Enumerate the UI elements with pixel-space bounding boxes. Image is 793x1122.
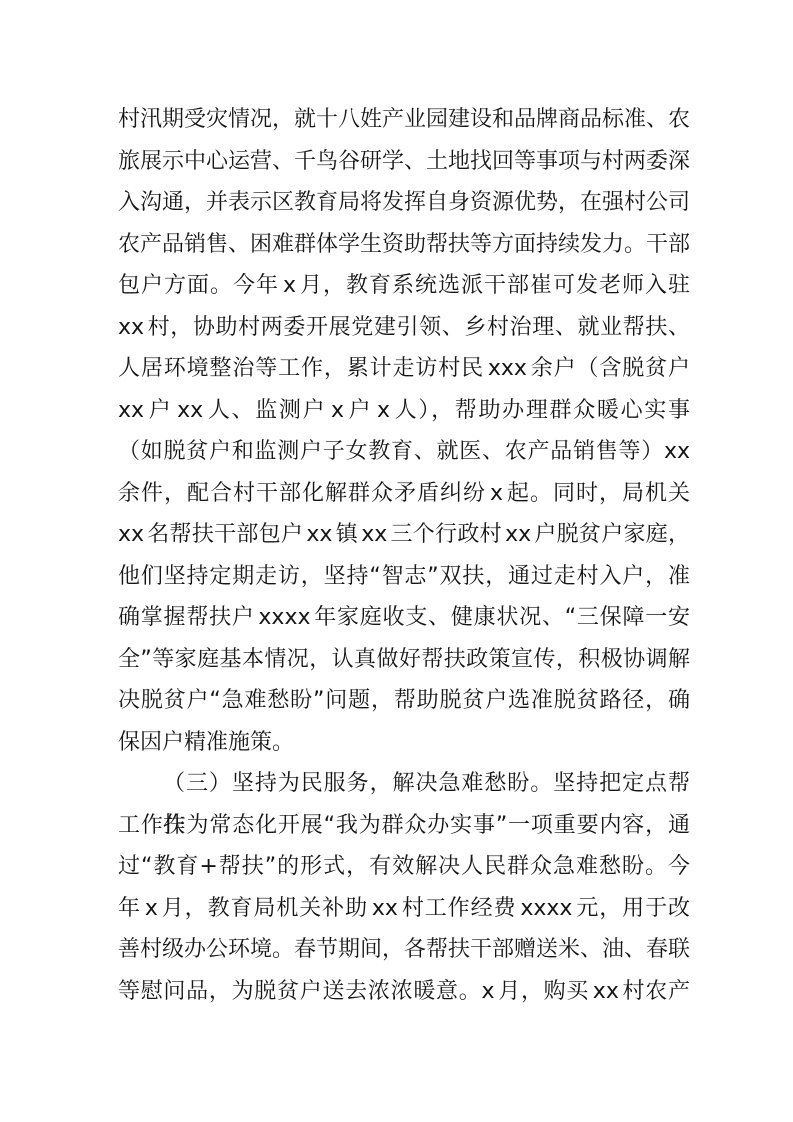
text-line: 确掌握帮扶户 xxxx 年家庭收支、健康状况、“三保障一安: [118, 597, 690, 639]
text-line: 过“教育+帮扶”的形式，有效解决人民群众急难愁盼。今: [118, 846, 690, 888]
text-line: 包户方面。今年 x 月，教育系统选派干部崔可发老师入驻: [118, 265, 690, 307]
document-page: 村汛期受灾情况，就十八姓产业园建设和品牌商品标准、农旅展示中心运营、千鸟谷研学、…: [0, 0, 793, 1122]
text-line: xx 户 xx 人、监测户 x 户 x 人），帮助办理群众暖心实事: [118, 390, 690, 432]
text-line: 年 x 月，教育局机关补助 xx 村工作经费 xxxx 元，用于改: [118, 888, 690, 930]
text-line: xx 名帮扶干部包户 xx 镇 xx 三个行政村 xx 户脱贫户家庭，: [118, 514, 690, 556]
text-line: 全”等家庭基本情况，认真做好帮扶政策宣传，积极协调解: [118, 639, 690, 681]
text-line: 余件，配合村干部化解群众矛盾纠纷 x 起。同时，局机关: [118, 473, 690, 515]
text-line: 善村级办公环境。春节期间，各帮扶干部赠送米、油、春联: [118, 929, 690, 971]
text-line: 工作作为常态化开展“我为群众办实事”一项重要内容，通: [118, 805, 690, 847]
text-line: 入沟通，并表示区教育局将发挥自身资源优势，在强村公司: [118, 182, 690, 224]
text-line: xx 村，协助村两委开展党建引领、乡村治理、就业帮扶、: [118, 307, 690, 349]
text-line: 农产品销售、困难群体学生资助帮扶等方面持续发力。干部: [118, 224, 690, 266]
text-line: （三）坚持为民服务，解决急难愁盼。坚持把定点帮扶: [118, 763, 690, 805]
text-line: 等慰问品，为脱贫户送去浓浓暖意。x 月，购买 xx 村农产: [118, 971, 690, 1013]
text-line: 他们坚持定期走访，坚持“智志”双扶，通过走村入户，准: [118, 556, 690, 598]
text-line: 保因户精准施策。: [118, 722, 690, 764]
text-line: 村汛期受灾情况，就十八姓产业园建设和品牌商品标准、农: [118, 99, 690, 141]
text-line: 决脱贫户“急难愁盼”问题，帮助脱贫户选准脱贫路径，确: [118, 680, 690, 722]
text-line: 人居环境整治等工作，累计走访村民 xxx 余户（含脱贫户: [118, 348, 690, 390]
text-line: （如脱贫户和监测户子女教育、就医、农产品销售等）xx: [118, 431, 690, 473]
text-line: 旅展示中心运营、千鸟谷研学、土地找回等事项与村两委深: [118, 141, 690, 183]
document-body: 村汛期受灾情况，就十八姓产业园建设和品牌商品标准、农旅展示中心运营、千鸟谷研学、…: [118, 99, 690, 1012]
